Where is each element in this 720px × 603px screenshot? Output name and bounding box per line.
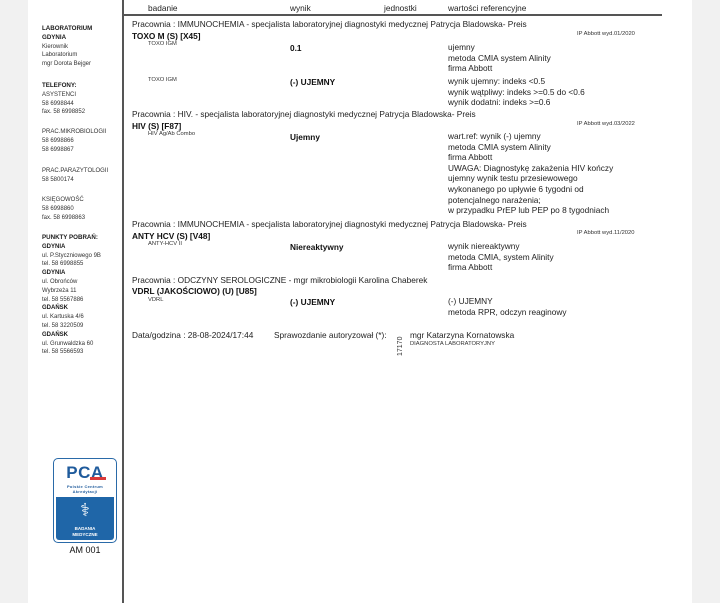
punkt-line: ul. Kartuska 4/6 [42,313,101,322]
ref-line: wynik ujemny: indeks <0.5 [448,76,585,87]
phone-line: 58 5800174 [42,176,108,185]
ref-line: metoda CMIA system Alinity [448,142,613,153]
lab-city: GDYNIA [42,34,92,43]
pracownia-line: Pracownia : IMMUNOCHEMIA - specjalista l… [132,19,527,29]
ref-line: firma Abbott [448,152,613,163]
ksieg-title: KSIĘGOWOŚĆ [42,196,85,205]
pca-red-accent [90,477,106,480]
accreditation-code: AM 001 [53,545,117,555]
ip-label: IP Abbott wyd.11/2020 [577,230,634,236]
mikro-title: PRAC.MIKROBIOLOGII [42,128,106,137]
ip-label: IP Abbott wyd.01/2020 [577,31,635,37]
lab-info-sidebar: LABORATORIUM GDYNIA Kierownik Laboratori… [28,0,122,603]
pca-subtitle-line: Akredytacji [54,489,116,494]
pracownia-line: Pracownia : IMMUNOCHEMIA - specjalista l… [132,219,527,229]
pca-badge-text: BADANIA MEDYCZNE [56,526,114,537]
pracownia-line: Pracownia : ODCZYNY SEROLOGICZNE - mgr m… [132,275,427,285]
parazyt-title: PRAC.PARAZYTOLOGII [42,167,108,176]
ref-line: wynik wątpliwy: indeks >=0.5 do <0.6 [448,87,585,98]
reference-values: wynik ujemny: indeks <0.5 wynik wątpliwy… [448,76,585,108]
caduceus-icon: ⚕ [80,501,90,519]
signer-title: DIAGNOSTA LABORATORYJNY [410,341,495,347]
pracownia-line: Pracownia : HIV. - specjalista laborator… [132,109,476,119]
punkt-city: GDAŃSK [42,304,101,313]
ref-line: wykonanego po upływie 6 tygodni od [448,184,613,195]
test-result: Ujemny [290,132,320,142]
lab-head-line: Kierownik [42,43,92,52]
col-jednostki: jednostki [384,3,417,13]
phones-title: TELEFONY: [42,82,85,91]
ref-line: wart.ref: wynik (-) ujemny [448,131,613,142]
sidebar-divider [122,0,124,603]
punkt-line: tel. 58 5566593 [42,348,101,357]
phone-line: 58 6998866 [42,137,106,146]
ref-line: metoda CMIA system Alinity [448,53,551,64]
report-datetime: Data/godzina : 28-08-2024/17:44 [132,330,253,340]
ref-line: firma Abbott [448,63,551,74]
phone-line: 58 6998860 [42,205,85,214]
test-result: (-) UJEMNY [290,297,335,307]
pca-accreditation-logo: PCA Polskie Centrum Akredytacji ⚕ BADANI… [53,458,117,543]
test-result: Niereaktywny [290,242,344,252]
lab-header-block: LABORATORIUM GDYNIA Kierownik Laboratori… [42,25,92,69]
mikro-block: PRAC.MIKROBIOLOGII 58 6998866 58 6998867 [42,128,106,154]
reference-values: ujemny metoda CMIA system Alinity firma … [448,42,551,74]
punkt-line: tel. 58 3220509 [42,322,101,331]
sub-test-name: HIV Ag/Ab Combo [148,131,195,137]
test-name: HIV (S) [F87] [132,121,181,131]
col-badanie: badanie [148,3,178,13]
punkt-city: GDAŃSK [42,331,101,340]
test-name: TOXO M (S) [X45] [132,31,201,41]
authorized-label: Sprawozdanie autoryzował (*): [274,330,387,340]
signer-id: 17170 [397,337,404,356]
phone-line: 58 6998867 [42,146,106,155]
report-page: LABORATORIUM GDYNIA Kierownik Laboratori… [28,0,692,603]
punkt-line: tel. 58 5567886 [42,296,101,305]
punkty-title: PUNKTY POBRAŃ: [42,234,101,243]
ref-line: ujemny wynik testu przesiewowego [448,173,613,184]
ref-line: ujemny [448,42,551,53]
ref-line: metoda CMIA, system Alinity [448,252,554,263]
punkt-line: tel. 58 6998855 [42,260,101,269]
sub-test-name: ANTY-HCV II [148,241,182,247]
lab-head-line: mgr Dorota Bejger [42,60,92,69]
ref-line: wynik niereaktywny [448,241,554,252]
ref-line: metoda RPR, odczyn reaginowy [448,307,567,318]
punkt-line: Wybrzeża 11 [42,287,101,296]
lab-title: LABORATORIUM [42,25,92,34]
test-result: (-) UJEMNY [290,77,335,87]
phone-line: 58 6998844 [42,100,85,109]
signer-name: mgr Katarzyna Kornatowska [410,330,514,340]
phones-block: TELEFONY: ASYSTENCI 58 6998844 fax. 58 6… [42,82,85,117]
test-result: 0.1 [290,43,302,53]
lab-head-line: Laboratorium [42,51,92,60]
col-wynik: wynik [290,3,311,13]
ip-label: IP Abbott wyd.03/2022 [577,121,635,127]
reference-values: wynik niereaktywny metoda CMIA, system A… [448,241,554,273]
sub-test-name: TOXO IGM [148,77,177,83]
ref-line: UWAGA: Diagnostykę zakażenia HIV kończy [448,163,613,174]
reference-values: wart.ref: wynik (-) ujemny metoda CMIA s… [448,131,613,216]
pca-brand: PCA [54,463,116,483]
phone-line: fax. 58 6998863 [42,214,85,223]
pca-badge: ⚕ BADANIA MEDYCZNE [56,497,114,540]
punkt-line: ul. P.Styczniowego 9B [42,252,101,261]
punkty-block: PUNKTY POBRAŃ: GDYNIA ul. P.Styczniowego… [42,234,101,357]
sub-test-name: VDRL [148,297,163,303]
sub-test-name: TOXO IGM [148,41,177,47]
punkt-city: GDYNIA [42,243,101,252]
phone-line: ASYSTENCI [42,91,85,100]
ref-line: potencjalnego narażenia; [448,195,613,206]
ref-line: w przypadku PrEP lub PEP po 8 tygodniach [448,205,613,216]
parazyt-block: PRAC.PARAZYTOLOGII 58 5800174 [42,167,108,185]
col-wartosci: wartości referencyjne [448,3,526,13]
ref-line: wynik dodatni: indeks >=0.6 [448,97,585,108]
table-header: badanie wynik jednostki wartości referen… [124,0,662,16]
punkt-line: ul. Obrońców [42,278,101,287]
ref-line: (-) UJEMNY [448,296,567,307]
pca-subtitle: Polskie Centrum Akredytacji [54,484,116,494]
ksieg-block: KSIĘGOWOŚĆ 58 6998860 fax. 58 6998863 [42,196,85,222]
phone-line: fax. 58 6998852 [42,108,85,117]
pca-badge-line: MEDYCZNE [56,532,114,538]
punkt-line: ul. Grunwaldzka 60 [42,340,101,349]
test-name: ANTY HCV (S) [V48] [132,231,210,241]
reference-values: (-) UJEMNY metoda RPR, odczyn reaginowy [448,296,567,317]
ref-line: firma Abbott [448,262,554,273]
punkt-city: GDYNIA [42,269,101,278]
test-name: VDRL (JAKOŚCIOWO) (U) [U85] [132,286,257,296]
